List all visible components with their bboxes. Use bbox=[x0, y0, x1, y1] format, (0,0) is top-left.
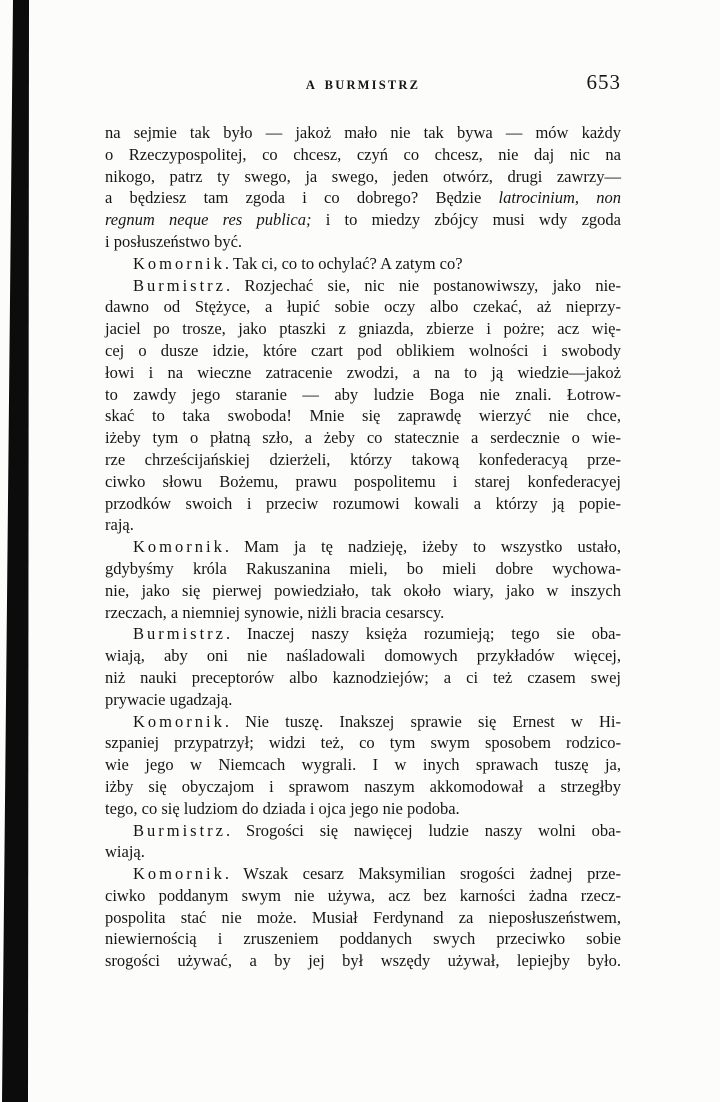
text-segment: nikogo, patrz ty swego, ja swego, jeden … bbox=[105, 167, 621, 186]
text-line: a będziesz tam zgoda i co dobrego? Będzi… bbox=[105, 187, 621, 209]
page-header: A BURMISTRZ 653 bbox=[105, 72, 621, 98]
scan-gutter-shadow bbox=[0, 0, 32, 1102]
text-line: iżby się obyczajom i sprawom naszym akko… bbox=[105, 776, 621, 798]
text-segment: niż nauki preceptorów albo kaznodziejów;… bbox=[105, 668, 621, 687]
speaker-name: Komornik bbox=[133, 712, 225, 731]
text-segment: rzeczach, a niemniej synowie, niżli brac… bbox=[105, 603, 444, 622]
text-line: Komornik. Mam ja tę nadzieję, iżeby to w… bbox=[105, 536, 621, 558]
text-segment: tego, co się ludziom do dziada i ojca je… bbox=[105, 799, 460, 818]
text-segment: . Srogości się nawięcej ludzie naszy wol… bbox=[226, 821, 621, 840]
text-segment: prywacie ugadzają. bbox=[105, 690, 232, 709]
text-segment: wiają. bbox=[105, 842, 145, 861]
text-line: wiają, aby oni nie naśladowali domowych … bbox=[105, 645, 621, 667]
text-segment: . Tak ci, co to ochylać? A zatym co? bbox=[225, 254, 463, 273]
text-line: nie, jako się pierwej powiedziało, tak o… bbox=[105, 580, 621, 602]
speaker-name: Komornik bbox=[133, 254, 225, 273]
text-line: to zawdy jego staranie — aby ludzie Boga… bbox=[105, 384, 621, 406]
text-line: na sejmie tak było — jakoż mało nie tak … bbox=[105, 122, 621, 144]
text-segment: iżeby tym o płatną szło, a żeby co state… bbox=[105, 428, 621, 447]
text-segment: jaciel po trosze, jako ptaszki z gniazda… bbox=[105, 319, 621, 338]
text-line: Komornik. Tak ci, co to ochylać? A zatym… bbox=[105, 253, 621, 275]
text-segment: na sejmie tak było — jakoż mało nie tak … bbox=[105, 123, 621, 142]
text-line: pospolita stać nie może. Musiał Ferdynan… bbox=[105, 907, 621, 929]
text-line: srogości używać, a by jej był wszędy uży… bbox=[105, 950, 621, 972]
text-line: Burmistrz. Inaczej naszy księża rozumiej… bbox=[105, 623, 621, 645]
text-line: nikogo, patrz ty swego, ja swego, jeden … bbox=[105, 166, 621, 188]
text-line: niewiernością i zruszeniem poddanych swy… bbox=[105, 928, 621, 950]
text-line: ciwko słowu Bożemu, prawu pospolitemu i … bbox=[105, 471, 621, 493]
text-line: gdybyśmy króla Rakuszanina mieli, bo mie… bbox=[105, 558, 621, 580]
text-segment: ciwko poddanym swym nie używa, acz bez k… bbox=[105, 886, 621, 905]
text-line: Burmistrz. Srogości się nawięcej ludzie … bbox=[105, 820, 621, 842]
text-line: rze chrześcijańskiej dzierżeli, którzy t… bbox=[105, 449, 621, 471]
scanned-book-page: A BURMISTRZ 653 na sejmie tak było — jak… bbox=[0, 0, 720, 1102]
text-line: szpaniej przypatrzył; widzi też, co tym … bbox=[105, 732, 621, 754]
text-block: na sejmie tak było — jakoż mało nie tak … bbox=[105, 122, 621, 972]
text-segment: wiają, aby oni nie naśladowali domowych … bbox=[105, 646, 621, 665]
text-segment: przodków swoich i przeciw rozumowi kowal… bbox=[105, 494, 621, 513]
text-line: iżeby tym o płatną szło, a żeby co state… bbox=[105, 427, 621, 449]
text-segment: o Rzeczypospolitej, co chcesz, czyń co c… bbox=[105, 145, 621, 164]
text-line: skać to taka swoboda! Mnie się zaprawdę … bbox=[105, 405, 621, 427]
text-segment: . Inaczej naszy księża rozumieją; tego s… bbox=[226, 624, 621, 643]
speaker-name: Burmistrz bbox=[133, 624, 226, 643]
text-line: regnum neque res publica; i to miedzy zb… bbox=[105, 209, 621, 231]
text-line: wiają. bbox=[105, 841, 621, 863]
text-line: i posłuszeństwo być. bbox=[105, 231, 621, 253]
text-line: ciwko poddanym swym nie używa, acz bez k… bbox=[105, 885, 621, 907]
text-line: jaciel po trosze, jako ptaszki z gniazda… bbox=[105, 318, 621, 340]
text-segment: i to miedzy zbójcy musi wdy zgoda bbox=[311, 210, 621, 229]
text-segment: szpaniej przypatrzył; widzi też, co tym … bbox=[105, 733, 621, 752]
text-segment: . Wszak cesarz Maksymilian srogości żadn… bbox=[225, 864, 621, 883]
text-line: Komornik. Nie tuszę. Inakszej sprawie si… bbox=[105, 711, 621, 733]
text-segment: . Rozjechać sie, nic nie postanowiwszy, … bbox=[226, 276, 621, 295]
text-segment: gdybyśmy króla Rakuszanina mieli, bo mie… bbox=[105, 559, 621, 578]
text-segment: pospolita stać nie może. Musiał Ferdynan… bbox=[105, 908, 621, 927]
speaker-name: Burmistrz bbox=[133, 276, 226, 295]
text-line: tego, co się ludziom do dziada i ojca je… bbox=[105, 798, 621, 820]
running-title: A BURMISTRZ bbox=[105, 78, 621, 93]
text-segment: rają. bbox=[105, 515, 134, 534]
text-line: łowi i na wieczne zatracenie zwodzi, a n… bbox=[105, 362, 621, 384]
text-segment: dawno od Stężyce, a łupić sobie oczy alb… bbox=[105, 297, 621, 316]
text-line: rają. bbox=[105, 514, 621, 536]
text-segment: latrocinium, non bbox=[499, 188, 622, 207]
text-segment: wie jego w Niemcach wygrali. I w inych s… bbox=[105, 755, 621, 774]
text-line: Burmistrz. Rozjechać sie, nic nie postan… bbox=[105, 275, 621, 297]
text-line: rzeczach, a niemniej synowie, niżli brac… bbox=[105, 602, 621, 624]
text-segment: cej o dusze idzie, które czart pod oblik… bbox=[105, 341, 621, 360]
speaker-name: Burmistrz bbox=[133, 821, 226, 840]
text-segment: ciwko słowu Bożemu, prawu pospolitemu i … bbox=[105, 472, 621, 491]
text-line: przodków swoich i przeciw rozumowi kowal… bbox=[105, 493, 621, 515]
text-segment: niewiernością i zruszeniem poddanych swy… bbox=[105, 929, 621, 948]
text-line: niż nauki preceptorów albo kaznodziejów;… bbox=[105, 667, 621, 689]
text-segment: nie, jako się pierwej powiedziało, tak o… bbox=[105, 581, 621, 600]
text-segment: łowi i na wieczne zatracenie zwodzi, a n… bbox=[105, 363, 621, 382]
text-line: Komornik. Wszak cesarz Maksymilian srogo… bbox=[105, 863, 621, 885]
text-segment: . Mam ja tę nadzieję, iżeby to wszystko … bbox=[225, 537, 621, 556]
page-number: 653 bbox=[587, 70, 622, 95]
text-segment: a będziesz tam zgoda i co dobrego? Będzi… bbox=[105, 188, 499, 207]
text-line: dawno od Stężyce, a łupić sobie oczy alb… bbox=[105, 296, 621, 318]
text-segment: . Nie tuszę. Inakszej sprawie się Ernest… bbox=[225, 712, 621, 731]
text-line: cej o dusze idzie, które czart pod oblik… bbox=[105, 340, 621, 362]
speaker-name: Komornik bbox=[133, 864, 225, 883]
speaker-name: Komornik bbox=[133, 537, 225, 556]
text-line: o Rzeczypospolitej, co chcesz, czyń co c… bbox=[105, 144, 621, 166]
text-line: prywacie ugadzają. bbox=[105, 689, 621, 711]
text-line: wie jego w Niemcach wygrali. I w inych s… bbox=[105, 754, 621, 776]
text-segment: iżby się obyczajom i sprawom naszym akko… bbox=[105, 777, 621, 796]
text-segment: regnum neque res publica; bbox=[105, 210, 311, 229]
text-segment: to zawdy jego staranie — aby ludzie Boga… bbox=[105, 385, 621, 404]
text-segment: i posłuszeństwo być. bbox=[105, 232, 242, 251]
text-segment: srogości używać, a by jej był wszędy uży… bbox=[105, 951, 621, 970]
text-segment: skać to taka swoboda! Mnie się zaprawdę … bbox=[105, 406, 621, 425]
text-segment: rze chrześcijańskiej dzierżeli, którzy t… bbox=[105, 450, 621, 469]
